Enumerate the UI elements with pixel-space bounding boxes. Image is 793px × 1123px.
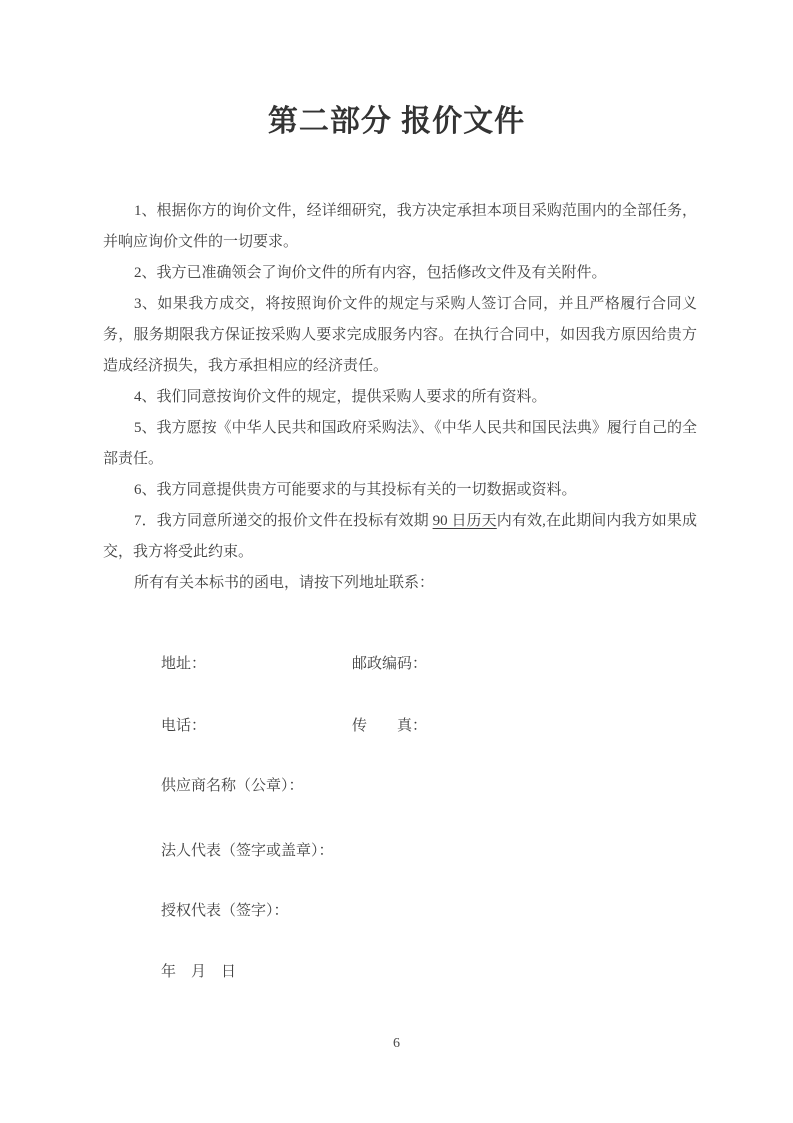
address-row: 地址：邮政编码：: [146, 640, 427, 688]
document-page: 第二部分 报价文件 1、根据你方的询价文件，经详细研究，我方决定承担本项目采购范…: [0, 0, 793, 1123]
legal-rep-row: 法人代表（签字或盖章）：: [146, 827, 334, 875]
page-title: 第二部分 报价文件: [0, 96, 793, 140]
paragraph-3: 3、如果我方成交，将按照询价文件的规定与采购人签订合同，并且严格履行合同义务，服…: [103, 289, 697, 382]
page-number: 6: [0, 1036, 793, 1052]
legal-rep-label: 法人代表（签字或盖章）：: [161, 843, 334, 859]
postal-code-label: 邮政编码：: [352, 656, 427, 672]
paragraph-4: 4、我们同意按询价文件的规定，提供采购人要求的所有资料。: [103, 382, 697, 413]
authorized-rep-label: 授权代表（签字）：: [161, 903, 289, 919]
paragraph-2: 2、我方已准确领会了询价文件的所有内容，包括修改文件及有关附件。: [103, 258, 697, 289]
phone-label: 电话：: [161, 718, 352, 734]
paragraph-5: 5、我方愿按《中华人民共和国政府采购法》、《中华人民共和国民法典》履行自己的全部…: [103, 413, 697, 475]
paragraph-7: 7．我方同意所递交的报价文件在投标有效期 90 日历天内有效,在此期间内我方如果…: [103, 506, 697, 568]
paragraph-1: 1、根据你方的询价文件，经详细研究，我方决定承担本项目采购范围内的全部任务，并响…: [103, 196, 697, 258]
fax-label: 传 真：: [352, 718, 427, 734]
phone-fax-row: 电话：传 真：: [146, 702, 427, 750]
contact-intro: 所有有关本标书的函电，请按下列地址联系：: [103, 568, 697, 599]
date-row: 年 月 日: [146, 948, 236, 996]
supplier-name-row: 供应商名称（公章）：: [146, 762, 304, 810]
paragraph-7-pre: 7．我方同意所递交的报价文件在投标有效期: [134, 513, 433, 529]
document-body: 1、根据你方的询价文件，经详细研究，我方决定承担本项目采购范围内的全部任务，并响…: [103, 196, 697, 599]
date-label: 年 月 日: [161, 964, 236, 980]
supplier-name-label: 供应商名称（公章）：: [161, 778, 304, 794]
address-label: 地址：: [161, 656, 352, 672]
authorized-rep-row: 授权代表（签字）：: [146, 887, 289, 935]
validity-period-underlined: 90 日历天: [433, 513, 497, 529]
paragraph-6: 6、我方同意提供贵方可能要求的与其投标有关的一切数据或资料。: [103, 475, 697, 506]
